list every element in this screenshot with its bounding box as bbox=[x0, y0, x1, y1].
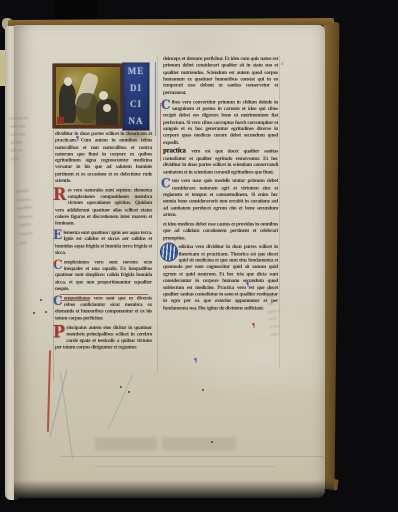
red-underline bbox=[60, 294, 148, 295]
illuminated-initial-m: M bbox=[161, 244, 177, 261]
illuminated-miniature bbox=[53, 64, 123, 128]
blue-title-panel: MEDICINA bbox=[123, 63, 149, 130]
speck bbox=[120, 386, 122, 388]
panel-letters: ME bbox=[128, 67, 145, 76]
faded-offset-smudge bbox=[95, 437, 157, 450]
scratch-line bbox=[95, 466, 275, 467]
manuscript-paragraph: et ideo medicus debet esse cautus et pro… bbox=[163, 221, 278, 241]
illuminated-initial-c: C bbox=[53, 259, 62, 271]
manuscript-paragraph: Complexiones vero sunt novem: octo inequ… bbox=[55, 259, 152, 292]
manuscript-paragraph: Medicina vero dividitur in duas partes s… bbox=[163, 244, 278, 311]
miniature-scene bbox=[56, 67, 120, 125]
blue-paraph-mark: ¶ bbox=[76, 136, 79, 142]
illuminated-initial-c: C bbox=[161, 178, 170, 190]
manuscript-paragraph: dividitur in duas partes scilicet in the… bbox=[55, 131, 152, 184]
marginal-note-right: questoconsnopquiritnoiearmaemo bbox=[265, 281, 310, 338]
figure-robe bbox=[96, 99, 118, 125]
figure-face bbox=[99, 91, 108, 100]
photograph-of-manuscript: MEDICINA dividitur in duas partes scilic… bbox=[0, 0, 398, 512]
panel-letters: CI bbox=[130, 100, 142, 109]
dark-drapery bbox=[76, 93, 98, 123]
manuscript-paragraph: Cum vero usus quis medelis utatur primum… bbox=[163, 178, 278, 218]
blue-pen-flourish bbox=[155, 62, 156, 136]
emphasized-word: practica bbox=[163, 148, 191, 155]
manuscript-paragraph: Res vero naturales sunt septem: elementa… bbox=[55, 187, 152, 227]
manuscript-paragraph: Elementa sunt quattuor: ignis aer aqua t… bbox=[55, 230, 152, 257]
blue-paraph-mark: ¶ bbox=[194, 358, 197, 364]
illuminated-initial-c: C bbox=[161, 99, 170, 111]
figure-face bbox=[103, 104, 111, 112]
illuminated-initial-p: P bbox=[53, 324, 65, 339]
red-underline bbox=[60, 300, 90, 301]
faded-offset-smudge bbox=[162, 437, 236, 450]
panel-letters: DI bbox=[130, 84, 142, 93]
speck bbox=[40, 299, 42, 301]
manuscript-paragraph: Cibus vero convertitur primum in chilum … bbox=[163, 99, 278, 146]
marginal-note-left-upper: iniscua nonota suauera notqd nuesibi nop… bbox=[9, 113, 55, 163]
text-column-right: deinceps et demum perficitur. Et ideo cu… bbox=[163, 56, 278, 393]
tiny-margin-mark: a bbox=[281, 61, 284, 67]
speck bbox=[45, 311, 47, 313]
figure-face bbox=[64, 77, 72, 86]
red-corner-patch bbox=[57, 117, 64, 124]
red-paraph-mark: ¶ bbox=[252, 323, 255, 329]
column-divider-ruling bbox=[157, 56, 158, 374]
marginal-note-left-lower: famulalimentaqualibethumanauideliscopule… bbox=[16, 185, 60, 248]
speck bbox=[33, 312, 35, 314]
marginalia-line: pma bbox=[11, 153, 55, 163]
manuscript-paragraph: Principatus autem eius dicitur in quattu… bbox=[55, 324, 152, 351]
blue-paraph-mark: ¶ bbox=[246, 282, 249, 288]
panel-letters: NA bbox=[129, 117, 144, 126]
ruling-line bbox=[53, 130, 54, 380]
speck bbox=[211, 441, 213, 443]
manuscript-paragraph: deinceps et demum perficitur. Et ideo cu… bbox=[163, 56, 278, 96]
page-bottom-shadow bbox=[14, 480, 334, 500]
red-pen-flourish bbox=[160, 103, 161, 161]
text-column-left: dividitur in duas partes scilicet in the… bbox=[55, 131, 152, 396]
speck bbox=[202, 389, 204, 391]
speck bbox=[128, 391, 130, 393]
manuscript-paragraph: practica vero est que docet qualiter san… bbox=[163, 149, 278, 176]
scratch-line bbox=[60, 456, 328, 457]
